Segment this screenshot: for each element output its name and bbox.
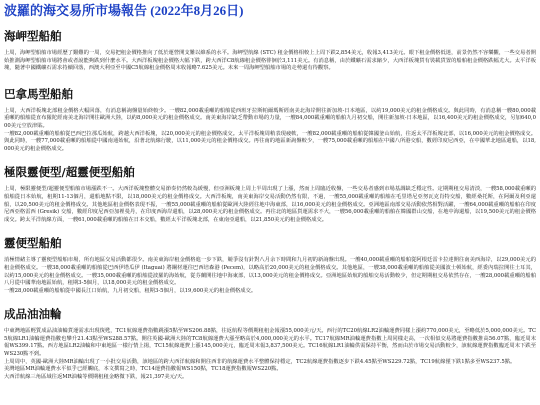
section-heading: 極限靈便型/超靈便型船舶: [4, 165, 536, 179]
paragraph: 美灣地區MR油輪運費水平似乎已經觸底，本文撰寫之時，TC14運費指數報WS150…: [4, 366, 536, 374]
paragraph: 上周，大西洋板塊北部租金價格大幅回落，有消息稱詢盤量始終較少。一艘82,000載…: [4, 108, 536, 131]
paragraph: 大西洋航線三角區域往返MR油輪等價期租租金略微下跌，報21,397美元/天。: [4, 374, 536, 382]
section-heading: 海岬型船舶: [4, 29, 536, 43]
section-capesize: 海岬型船舶 上周，海岬型船舶市場經歷了艱難的一周，交易把租金價格推向了低於運營開…: [4, 29, 536, 73]
section-clean-tankers: 成品油油輪 中東灣地區輕質成品油油輪貨運需求出現復甦，TC1航線運費指數跳漲5點…: [4, 307, 536, 381]
report-page: 波羅的海交易所市場報告 (2022年8月26日) 海岬型船舶 上周，海岬型船舶市…: [0, 0, 540, 381]
section-handysize: 靈便型船舶 消極情緒主導了靈便型船舶市場，所有地區交易活動都很少。南美東海岸租金…: [4, 236, 536, 295]
section-heading: 成品油油輪: [4, 307, 536, 321]
section-heading: 巴拿馬型船舶: [4, 87, 536, 101]
paragraph: 上周，極限靈便型/超靈便型船舶市場漲跌不一。大西洋板塊整體交易節奏仍然較為緩慢，…: [4, 186, 536, 224]
report-title: 波羅的海交易所市場報告 (2022年8月26日): [4, 3, 536, 19]
paragraph: 一艘28,000載重噸的船舶從中國長江口始航，九月初交船，租期3-5個月，以19…: [4, 288, 536, 296]
section-panamax: 巴拿馬型船舶 上周，大西洋板塊北部租金價格大幅回落，有消息稱詢盤量始終較少。一艘…: [4, 87, 536, 154]
section-ultramax-supramax: 極限靈便型/超靈便型船舶 上周，極限靈便型/超靈便型船舶市場漲跌不一。大西洋板塊…: [4, 165, 536, 224]
section-heading: 靈便型船舶: [4, 236, 536, 250]
paragraph: 消極情緒主導了靈便型船舶市場，所有地區交易活動都很少。南美東海岸租金價格進一步下…: [4, 257, 536, 287]
paragraph: 中東灣地區輕質成品油油輪貨運需求出現復甦，TC1航線運費指數跳漲5點至WS206…: [4, 328, 536, 358]
paragraph: 上周，海岬型船舶市場經歷了艱難的一周，交易把租金價格推向了低於運營開支難以維系的…: [4, 50, 536, 73]
paragraph: 一艘82,000載重噸的船舶從巴西巴拉那瓜始航，跨越大西洋板塊，以20,000美…: [4, 131, 536, 154]
